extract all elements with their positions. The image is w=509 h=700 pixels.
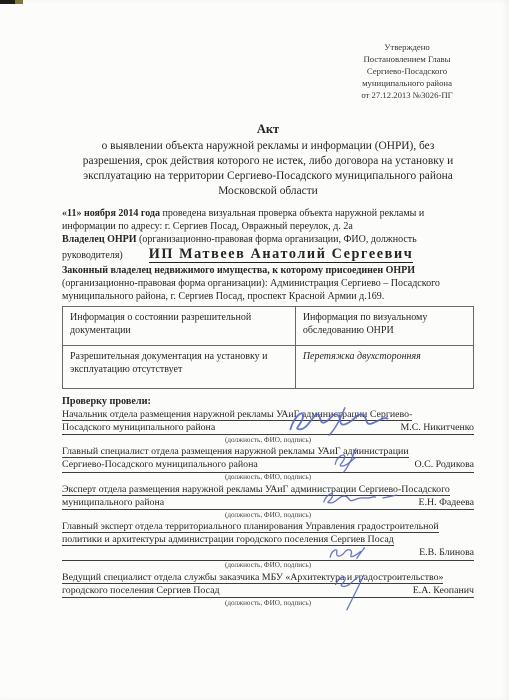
inspector-block-keopanich: Ведущий специалист отдела службы заказчи… (62, 571, 474, 608)
owner-name-line: руководителя)ИП Матвеев Анатолий Сергеев… (62, 246, 474, 264)
signature-caption: (должность, ФИО, подпись) (62, 436, 474, 445)
inspection-address-line: информации по адресу: г. Сергиев Посад, … (62, 220, 474, 233)
table-header-visual-survey: Информация по визуальному обследованию О… (295, 306, 473, 345)
onri-info-table: Информация о состоянии разрешительной до… (62, 306, 474, 389)
table-cell-visual-result: Перетяжка двухсторонняя (295, 345, 473, 388)
inspector-position-cont: Посадского муниципального района (62, 422, 215, 435)
inspector-name: Е.Н. Фадеева (419, 497, 474, 510)
inspector-position-cont: муниципального района (62, 497, 164, 510)
table-data-row: Разрешительная документация на установку… (63, 345, 474, 388)
inspector-block-rodikova: Главный специалист отдела размещения нар… (62, 445, 474, 482)
inspector-position-cont: политики и архитектуры администрации гор… (62, 534, 394, 546)
inspector-block-fadeeva: Эксперт отдела размещения наружной рекла… (62, 483, 474, 520)
inspector-name: О.С. Родикова (415, 459, 474, 472)
legal-owner-label: Законный владелец недвижимого имущества,… (62, 264, 474, 277)
inspector-position: Эксперт отдела размещения наружной рекла… (62, 484, 450, 496)
document-content: Утверждено Постановлением Главы Сергиево… (62, 0, 474, 608)
inspector-block-nikitchenko: Начальник отдела размещения наружной рек… (62, 408, 474, 445)
owner-label: Владелец ОНРИ (62, 234, 137, 245)
inspector-position-cont: Сергиево-Посадского муниципального район… (62, 459, 258, 472)
signature-caption: (должность, ФИО, подпись) (62, 599, 474, 608)
table-header-row: Информация о состоянии разрешительной до… (63, 306, 474, 345)
document-subtitle: о выявлении объекта наружной рекламы и и… (62, 139, 474, 199)
legal-owner-line2: (организационно-правовая форма организац… (62, 277, 474, 290)
owner-name: ИП Матвеев Анатолий Сергеевич (149, 246, 414, 263)
inspector-name: Е.А. Кеопанич (413, 585, 474, 598)
inspector-block-blinova: Главный эксперт отдела территориального … (62, 520, 474, 570)
table-header-permit-docs: Информация о состоянии разрешительной до… (63, 306, 296, 345)
inspector-position: Начальник отдела размещения наружной рек… (62, 409, 412, 421)
table-cell-permit-status: Разрешительная документация на установку… (63, 345, 296, 388)
inspector-name: Е.В. Блинова (419, 547, 474, 560)
inspector-position: Главный специалист отдела размещения нар… (62, 446, 409, 458)
inspector-name: М.С. Никитченко (401, 422, 474, 435)
scan-corner-artifact-olive (15, 0, 23, 4)
scanned-act-document: Утверждено Постановлением Главы Сергиево… (0, 0, 509, 700)
signature-caption: (должность, ФИО, подпись) (62, 473, 474, 482)
inspection-date: «11» ноября 2014 года (62, 208, 160, 219)
signature-caption: (должность, ФИО, подпись) (62, 511, 474, 520)
inspector-position: Главный эксперт отдела территориального … (62, 521, 439, 533)
scan-corner-artifact-dark (0, 0, 15, 4)
inspectors-heading: Проверку провели: (62, 395, 474, 408)
approval-stamp: Утверждено Постановлением Главы Сергиево… (338, 42, 476, 102)
intro-paragraph: «11» ноября 2014 года проведена визуальн… (62, 207, 474, 303)
owner-label-line: Владелец ОНРИ (организационно-правовая ф… (62, 233, 474, 246)
signature-caption: (должность, ФИО, подпись) (62, 561, 474, 570)
legal-owner-line3: муниципального района, г. Сергиев Посад,… (62, 290, 474, 303)
inspector-position-cont: городского поселения Сергиев Посад (62, 585, 220, 598)
inspection-date-line: «11» ноября 2014 года проведена визуальн… (62, 207, 474, 220)
inspector-position: Ведущий специалист отдела службы заказчи… (62, 572, 443, 584)
document-title: Акт (62, 122, 474, 136)
